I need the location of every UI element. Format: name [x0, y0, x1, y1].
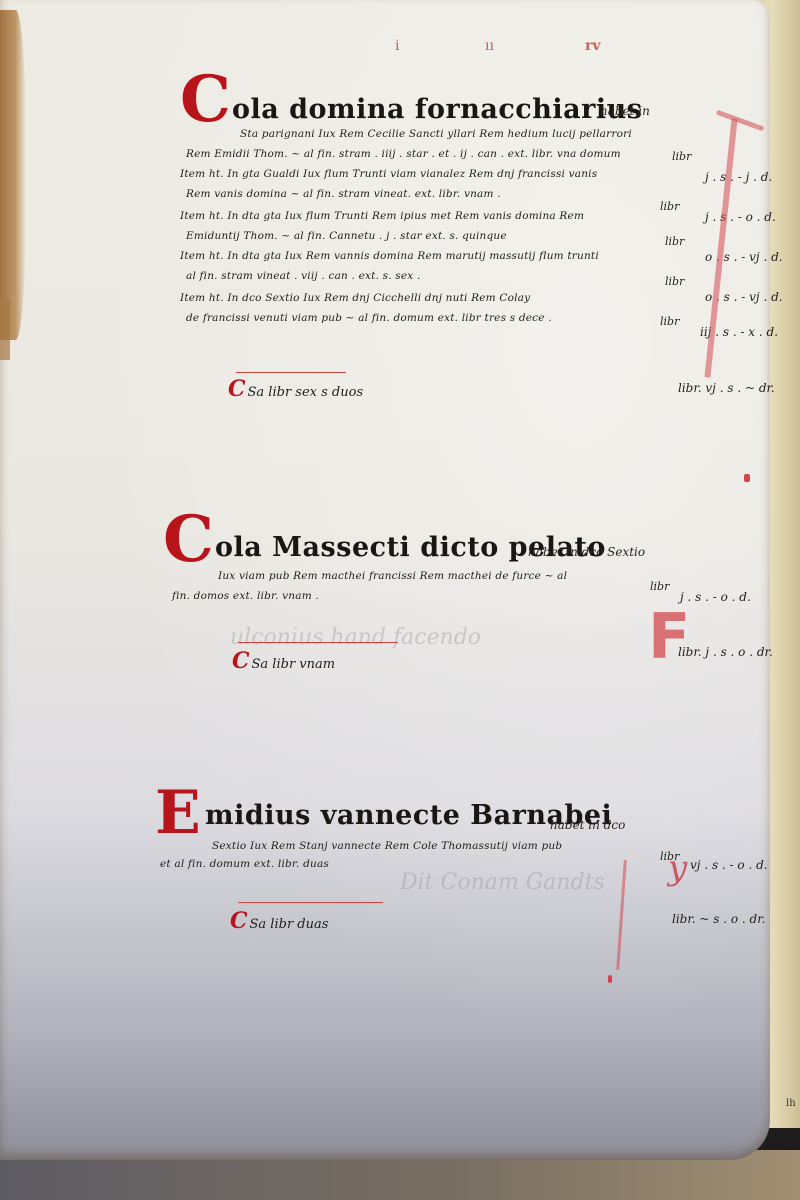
margin-amount: j . s . - o . d. — [705, 210, 776, 224]
summa-text: Sa libr sex s duos — [248, 385, 364, 400]
libr-marker: libr — [672, 150, 691, 163]
text-line: Item ht. In dco Sextio Iux Rem dnj Cicch… — [180, 292, 530, 304]
entry-total: libr. j . s . o . dr. — [678, 645, 773, 659]
summa-initial: C — [232, 648, 250, 674]
text-line: Item ht. In dta gta Iux flum Trunti Rem … — [180, 210, 584, 222]
text-line: Item ht. In gta Gualdi Iux flum Trunti v… — [180, 168, 597, 180]
text-line: Sextio Iux Rem Stanj vannecte Rem Cole T… — [212, 840, 562, 852]
manuscript-page: i ıı rv C ola domina fornacchiarius habe… — [0, 0, 770, 1160]
top-margin-mark: rv — [585, 38, 601, 54]
bleed-through-text: Dit Conam Gandts — [400, 870, 605, 895]
summa-rule — [238, 902, 383, 903]
entry-total: libr. vj . s . ~ dr. — [678, 381, 775, 395]
summa-initial: C — [230, 908, 248, 934]
summa-text: Sa libr duas — [250, 917, 329, 932]
text-line: Rem vanis domina ~ al fin. stram vineat.… — [186, 188, 501, 200]
libr-marker: libr — [665, 275, 684, 288]
water-stain — [0, 10, 26, 340]
water-stain-small — [0, 300, 10, 360]
summa-text: Sa libr vnam — [252, 657, 336, 672]
entry-total: libr. ~ s . o . dr. — [672, 912, 765, 926]
red-margin-letter: y — [668, 848, 687, 888]
summa-rule — [236, 372, 346, 373]
top-margin-mark: i — [395, 38, 399, 54]
summa-rule — [238, 642, 398, 643]
habet-word: habet in — [600, 104, 650, 118]
rubricated-initial: E — [155, 783, 201, 843]
libr-marker: libr — [660, 315, 679, 328]
text-line: al fin. stram vineat . viij . can . ext.… — [186, 270, 421, 282]
libr-marker: libr — [660, 200, 679, 213]
red-mark — [744, 474, 750, 482]
red-margin-flourish — [716, 110, 765, 132]
summa-line: CSa libr vnam — [232, 648, 335, 674]
summa-initial: C — [228, 376, 246, 402]
top-margin-mark: ıı — [485, 38, 494, 54]
text-line: de francissi venuti viam pub ~ al fin. d… — [186, 312, 552, 324]
bleed-through-text: ulconius hand facendo — [230, 625, 481, 650]
text-line: fin. domos ext. libr. vnam . — [172, 590, 319, 602]
spine-label: lh — [786, 1098, 796, 1109]
margin-amount: j . s . - j . d. — [705, 170, 772, 184]
red-mark — [608, 975, 612, 983]
margin-amount: vj . s . - o . d. — [690, 858, 768, 872]
rubricated-initial: C — [180, 68, 231, 132]
habet-word: habet in dco — [550, 818, 625, 832]
text-line: et al fin. domum ext. libr. duas — [160, 858, 329, 870]
text-line: Iux viam pub Rem macthei francissi Rem m… — [218, 570, 567, 582]
libr-marker: libr — [665, 235, 684, 248]
red-margin-stroke — [616, 860, 627, 970]
entry-heading: ola domina fornacchiarius — [232, 94, 642, 125]
text-line: Item ht. In dta gta Iux Rem vannis domin… — [180, 250, 599, 262]
text-line: Sta parignani Iux Rem Cecilie Sancti yll… — [240, 128, 632, 140]
libr-marker: libr — [650, 580, 669, 593]
text-line: Rem Emidii Thom. ~ al fin. stram . iiij … — [186, 148, 621, 160]
summa-line: CSa libr duas — [230, 908, 328, 934]
habet-word: habet in dco Sextio — [528, 545, 645, 559]
red-margin-letter: F — [648, 600, 690, 673]
text-line: Emiduntij Thom. ~ al fin. Cannetu . j . … — [186, 230, 507, 242]
rubricated-initial: C — [163, 508, 214, 572]
margin-amount: j . s . - o . d. — [680, 590, 751, 604]
summa-line: CSa libr sex s duos — [228, 376, 363, 402]
